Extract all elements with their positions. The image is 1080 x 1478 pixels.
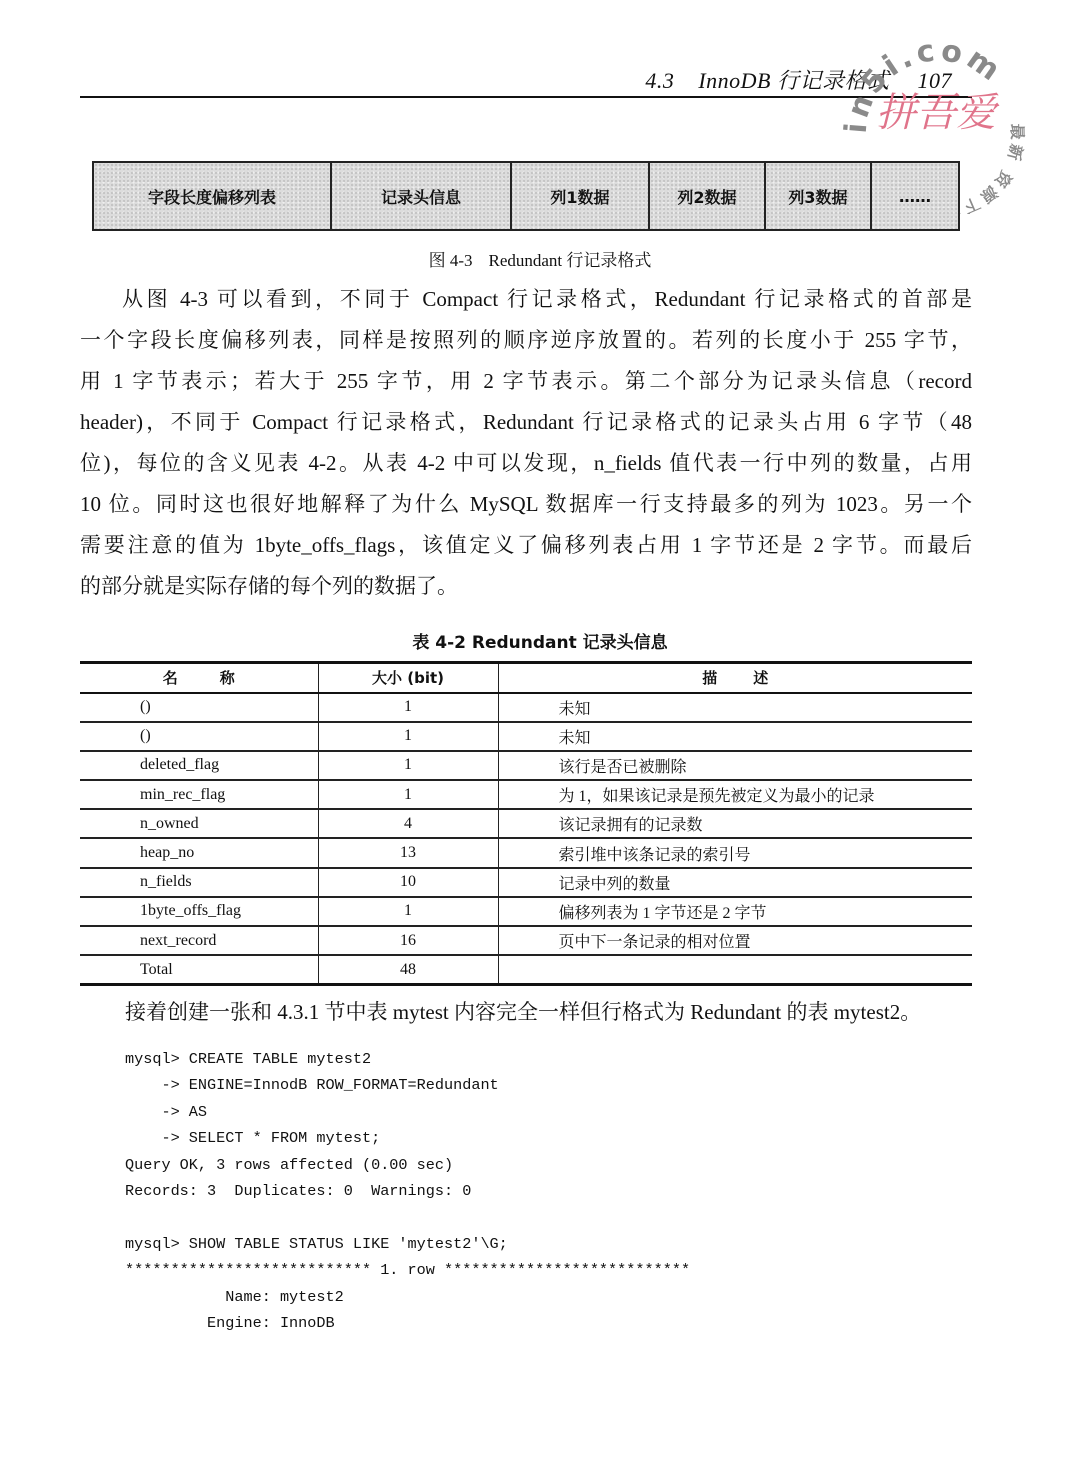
cell-name: heap_no <box>80 838 318 867</box>
cell-name: Total <box>80 955 318 984</box>
cell-size: 16 <box>318 926 498 955</box>
chapter-title: InnoDB 行记录格式 <box>698 68 889 93</box>
cell-name: () <box>80 693 318 722</box>
paragraph-line: 从图 4-3 可以看到，不同于 Compact 行记录格式，Redundant … <box>80 279 972 320</box>
cell-name: () <box>80 722 318 751</box>
cell-name: 1byte_offs_flag <box>80 897 318 926</box>
paragraph-line: 10 位。同时这也很好地解释了为什么 MySQL 数据库一行支持最多的列为 10… <box>80 484 972 525</box>
cell-description: 偏移列表为 1 字节还是 2 字节 <box>498 897 972 926</box>
paragraph-line: 的部分就是实际存储的每个列的数据了。 <box>80 566 972 607</box>
code-line: Name: mytest2 <box>125 1288 344 1306</box>
code-line: Records: 3 Duplicates: 0 Warnings: 0 <box>125 1182 471 1200</box>
cell-size: 4 <box>318 809 498 838</box>
cell-size: 10 <box>318 868 498 897</box>
table-row-total: Total 48 <box>80 955 972 984</box>
code-line: Engine: InnoDB <box>125 1314 335 1332</box>
paragraph-line: 需要注意的值为 1byte_offs_flags，该值定义了偏移列表占用 1 字… <box>80 525 972 566</box>
cell-name: next_record <box>80 926 318 955</box>
cell-size: 13 <box>318 838 498 867</box>
diagram-cell-field-offset-list: 字段长度偏移列表 <box>94 163 332 229</box>
diagram-cell-col2-data: 列2数据 <box>650 163 766 229</box>
table-row: () 1 未知 <box>80 693 972 722</box>
table-row: () 1 未知 <box>80 722 972 751</box>
code-line: -> SELECT * FROM mytest; <box>125 1129 380 1147</box>
cell-description: 该行是否已被删除 <box>498 751 972 780</box>
cell-description: 该记录拥有的记录数 <box>498 809 972 838</box>
table-row: n_fields 10 记录中列的数量 <box>80 868 972 897</box>
cell-size: 48 <box>318 955 498 984</box>
table-caption: 表 4-2 Redundant 记录头信息 <box>0 628 1080 653</box>
cell-description <box>498 955 972 984</box>
code-line: -> AS <box>125 1103 207 1121</box>
section-number: 4.3 <box>645 68 674 93</box>
diagram-cell-record-header: 记录头信息 <box>332 163 512 229</box>
figure-title: Redundant 行记录格式 <box>489 251 652 270</box>
paragraph-line: header)，不同于 Compact 行记录格式，Redundant 行记录格… <box>80 402 972 443</box>
code-line: *************************** 1. row *****… <box>125 1261 690 1279</box>
table-row: next_record 16 页中下一条记录的相对位置 <box>80 926 972 955</box>
cell-description: 为 1，如果该记录是预先被定义为最小的记录 <box>498 780 972 809</box>
cell-description: 记录中列的数量 <box>498 868 972 897</box>
table-row: 1byte_offs_flag 1 偏移列表为 1 字节还是 2 字节 <box>80 897 972 926</box>
table-row: deleted_flag 1 该行是否已被删除 <box>80 751 972 780</box>
cell-description: 索引堆中该条记录的索引号 <box>498 838 972 867</box>
paragraph-line: 用 1 字节表示；若大于 255 字节，用 2 字节表示。第二个部分为记录头信息… <box>80 361 972 402</box>
cell-size: 1 <box>318 693 498 722</box>
table-row: heap_no 13 索引堆中该条记录的索引号 <box>80 838 972 867</box>
cell-size: 1 <box>318 897 498 926</box>
column-header-name: 名称 <box>80 663 318 693</box>
table-header-row: 名称 大小 (bit) 描述 <box>80 663 972 693</box>
cell-size: 1 <box>318 751 498 780</box>
paragraph-line: 一个字段长度偏移列表，同样是按照列的顺序逆序放置的。若列的长度小于 255 字节… <box>80 320 972 361</box>
diagram-cell-ellipsis: …… <box>872 163 958 229</box>
running-head: 4.3 InnoDB 行记录格式 107 <box>80 64 972 98</box>
cell-name: n_owned <box>80 809 318 838</box>
code-line: mysql> CREATE TABLE mytest2 <box>125 1050 371 1068</box>
cell-description: 未知 <box>498 693 972 722</box>
cell-name: deleted_flag <box>80 751 318 780</box>
code-line: -> ENGINE=InnodB ROW_FORMAT=Redundant <box>125 1076 499 1094</box>
code-line: mysql> SHOW TABLE STATUS LIKE 'mytest2'\… <box>125 1235 508 1253</box>
running-head-text: 4.3 InnoDB 行记录格式 107 <box>645 64 952 95</box>
cell-name: min_rec_flag <box>80 780 318 809</box>
figure-number: 图 4-3 <box>429 251 473 270</box>
redundant-row-format-diagram: 字段长度偏移列表 记录头信息 列1数据 列2数据 列3数据 …… <box>92 161 960 231</box>
cell-name: n_fields <box>80 868 318 897</box>
body-paragraph-2: 接着创建一张和 4.3.1 节中表 mytest 内容完全一样但行格式为 Red… <box>125 996 921 1026</box>
table-row: n_owned 4 该记录拥有的记录数 <box>80 809 972 838</box>
diagram-cell-col3-data: 列3数据 <box>766 163 872 229</box>
column-header-size: 大小 (bit) <box>318 663 498 693</box>
cell-size: 1 <box>318 780 498 809</box>
table-row: min_rec_flag 1 为 1，如果该记录是预先被定义为最小的记录 <box>80 780 972 809</box>
sql-code-listing: mysql> CREATE TABLE mytest2 -> ENGINE=In… <box>125 1046 690 1336</box>
cell-description: 未知 <box>498 722 972 751</box>
body-paragraph-1: 从图 4-3 可以看到，不同于 Compact 行记录格式，Redundant … <box>80 279 972 607</box>
figure-caption: 图 4-3Redundant 行记录格式 <box>0 246 1080 271</box>
diagram-cell-col1-data: 列1数据 <box>512 163 650 229</box>
redundant-record-header-table: 名称 大小 (bit) 描述 () 1 未知 () 1 未知 deleted_f… <box>80 661 972 986</box>
code-line: Query OK, 3 rows affected (0.00 sec) <box>125 1156 453 1174</box>
column-header-description: 描述 <box>498 663 972 693</box>
cell-size: 1 <box>318 722 498 751</box>
cell-description: 页中下一条记录的相对位置 <box>498 926 972 955</box>
paragraph-line: 位)，每位的含义见表 4-2。从表 4-2 中可以发现，n_fields 值代表… <box>80 443 972 484</box>
page-number: 107 <box>918 68 953 93</box>
